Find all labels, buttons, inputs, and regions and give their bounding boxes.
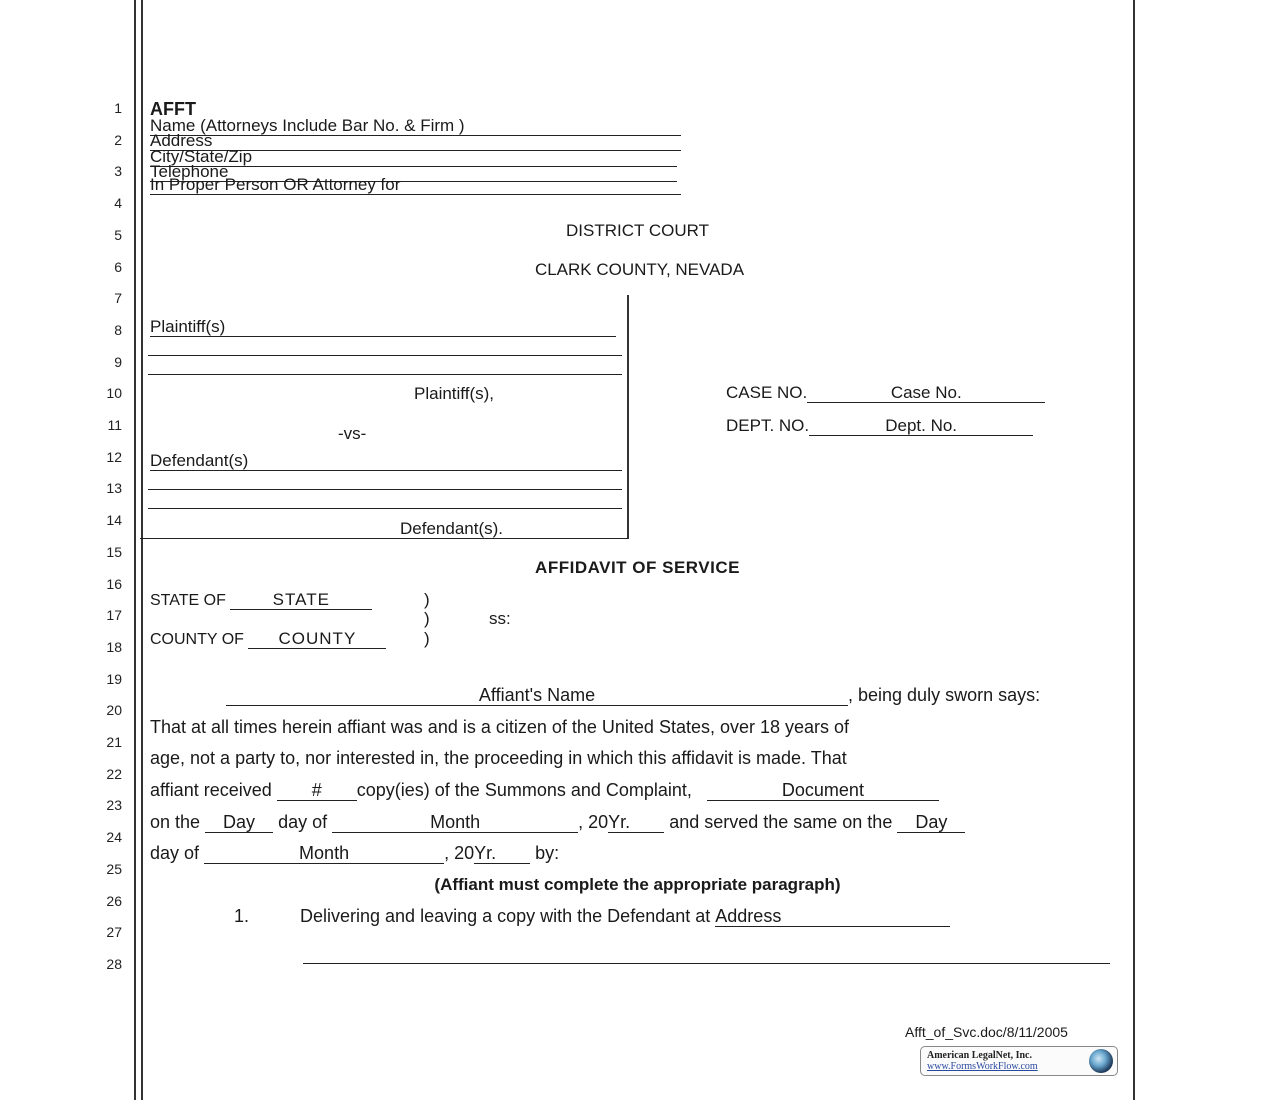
instruction-text: (Affiant must complete the appropriate p… <box>0 875 1275 895</box>
line-number: 13 <box>100 480 122 496</box>
item-1-number: 1. <box>234 906 249 927</box>
body-line-25: day of Month, 20Yr. by: <box>150 843 559 864</box>
proper-person-field[interactable]: In Proper Person OR Attorney for <box>150 176 681 195</box>
line-number: 2 <box>100 132 122 148</box>
served-text: and served the same on the <box>669 812 892 832</box>
county-field[interactable]: COUNTY <box>248 629 386 649</box>
line-number: 17 <box>100 607 122 623</box>
line-number: 10 <box>100 385 122 401</box>
year1-field[interactable]: Yr. <box>608 813 664 833</box>
body-line-23: affiant received #copy(ies) of the Summo… <box>150 780 939 801</box>
line-number: 14 <box>100 512 122 528</box>
line-number: 3 <box>100 163 122 179</box>
line-number: 19 <box>100 671 122 687</box>
day-of-text-2: day of <box>150 843 199 863</box>
year-prefix-2: , 20 <box>444 843 474 863</box>
ss-label: ss: <box>489 609 511 629</box>
month2-field[interactable]: Month <box>204 844 444 864</box>
case-no-label: CASE NO. <box>726 383 807 402</box>
line-number: 28 <box>100 956 122 972</box>
court-county: CLARK COUNTY, NEVADA <box>0 260 1275 280</box>
plaintiff-field-label: Plaintiff(s) <box>150 317 225 336</box>
defendant-label: Defendant(s). <box>400 519 503 539</box>
right-margin-rule <box>1133 0 1135 1100</box>
defendant-line-2[interactable] <box>148 489 622 490</box>
day1-field[interactable]: Day <box>205 813 273 833</box>
line-number: 1 <box>100 100 122 116</box>
dept-no-field[interactable]: Dept. No. <box>809 416 1033 436</box>
summons-text: copy(ies) of the Summons and Complaint, <box>357 780 692 800</box>
defendant-field-label: Defendant(s) <box>150 451 248 470</box>
day2-field[interactable]: Day <box>897 813 965 833</box>
left-margin-rule-inner <box>141 0 143 1100</box>
court-name: DISTRICT COURT <box>0 221 1275 241</box>
county-row: COUNTY OF COUNTY <box>150 629 386 649</box>
item-1-address-field[interactable]: Address <box>715 907 950 927</box>
plaintiff-label: Plaintiff(s), <box>414 384 494 404</box>
defendant-line-3[interactable] <box>148 508 622 509</box>
item-1-text: Delivering and leaving a copy with the D… <box>300 906 710 926</box>
versus-label: -vs- <box>338 424 366 444</box>
dept-no-label: DEPT. NO. <box>726 416 809 435</box>
caption-divider-horizontal <box>140 538 628 539</box>
line-number: 11 <box>100 417 122 433</box>
item-1-address-line-2[interactable] <box>303 963 1110 964</box>
file-code: Afft_of_Svc.doc/8/11/2005 <box>905 1024 1068 1040</box>
state-row: STATE OF STATE <box>150 590 372 610</box>
year-prefix-1: , 20 <box>578 812 608 832</box>
line-number: 18 <box>100 639 122 655</box>
plaintiff-line-3[interactable] <box>148 374 622 375</box>
item-1-row: Delivering and leaving a copy with the D… <box>300 906 950 927</box>
state-field[interactable]: STATE <box>230 590 372 610</box>
line-number: 22 <box>100 766 122 782</box>
logo-url[interactable]: www.FormsWorkFlow.com <box>927 1061 1038 1072</box>
line-number: 9 <box>100 354 122 370</box>
case-no-row: CASE NO.Case No. <box>726 383 1045 403</box>
line-number: 21 <box>100 734 122 750</box>
dept-no-row: DEPT. NO.Dept. No. <box>726 416 1033 436</box>
body-line-21: That at all times herein affiant was and… <box>150 717 849 738</box>
copies-field[interactable]: # <box>277 781 357 801</box>
venue-paren-1: ) <box>424 590 430 610</box>
logo-company: American LegalNet, Inc. <box>927 1050 1032 1061</box>
legalnet-logo[interactable]: American LegalNet, Inc. www.FormsWorkFlo… <box>920 1046 1118 1076</box>
on-the-text: on the <box>150 812 200 832</box>
received-text: affiant received <box>150 780 272 800</box>
plaintiff-field[interactable]: Plaintiff(s) <box>150 317 616 337</box>
line-number: 7 <box>100 290 122 306</box>
day-of-text: day of <box>278 812 327 832</box>
line-number: 12 <box>100 449 122 465</box>
state-label: STATE OF <box>150 592 226 609</box>
venue-paren-3: ) <box>424 629 430 649</box>
proper-person-label: In Proper Person OR Attorney for <box>150 175 400 194</box>
body-line-24: on the Day day of Month, 20Yr. and serve… <box>150 812 965 833</box>
affiant-name-row: Affiant's Name, being duly sworn says: <box>226 685 1040 706</box>
line-number: 24 <box>100 829 122 845</box>
line-number: 27 <box>100 924 122 940</box>
document-title: AFFIDAVIT OF SERVICE <box>0 558 1275 578</box>
defendant-field[interactable]: Defendant(s) <box>150 451 622 471</box>
plaintiff-line-2[interactable] <box>148 355 622 356</box>
document-field[interactable]: Document <box>707 781 939 801</box>
globe-icon <box>1089 1049 1113 1073</box>
line-number: 20 <box>100 702 122 718</box>
affiant-name-field[interactable]: Affiant's Name <box>226 686 848 706</box>
line-number: 4 <box>100 195 122 211</box>
left-margin-rule-outer <box>134 0 136 1100</box>
county-label: COUNTY OF <box>150 631 244 648</box>
year2-field[interactable]: Yr. <box>474 844 530 864</box>
case-no-field[interactable]: Case No. <box>807 383 1045 403</box>
month1-field[interactable]: Month <box>332 813 578 833</box>
line-number: 23 <box>100 797 122 813</box>
body-line-22: age, not a party to, nor interested in, … <box>150 748 847 769</box>
sworn-text: , being duly sworn says: <box>848 685 1040 705</box>
line-number: 8 <box>100 322 122 338</box>
venue-paren-2: ) <box>424 609 430 629</box>
caption-divider-vertical <box>627 295 629 539</box>
by-text: by: <box>535 843 559 863</box>
